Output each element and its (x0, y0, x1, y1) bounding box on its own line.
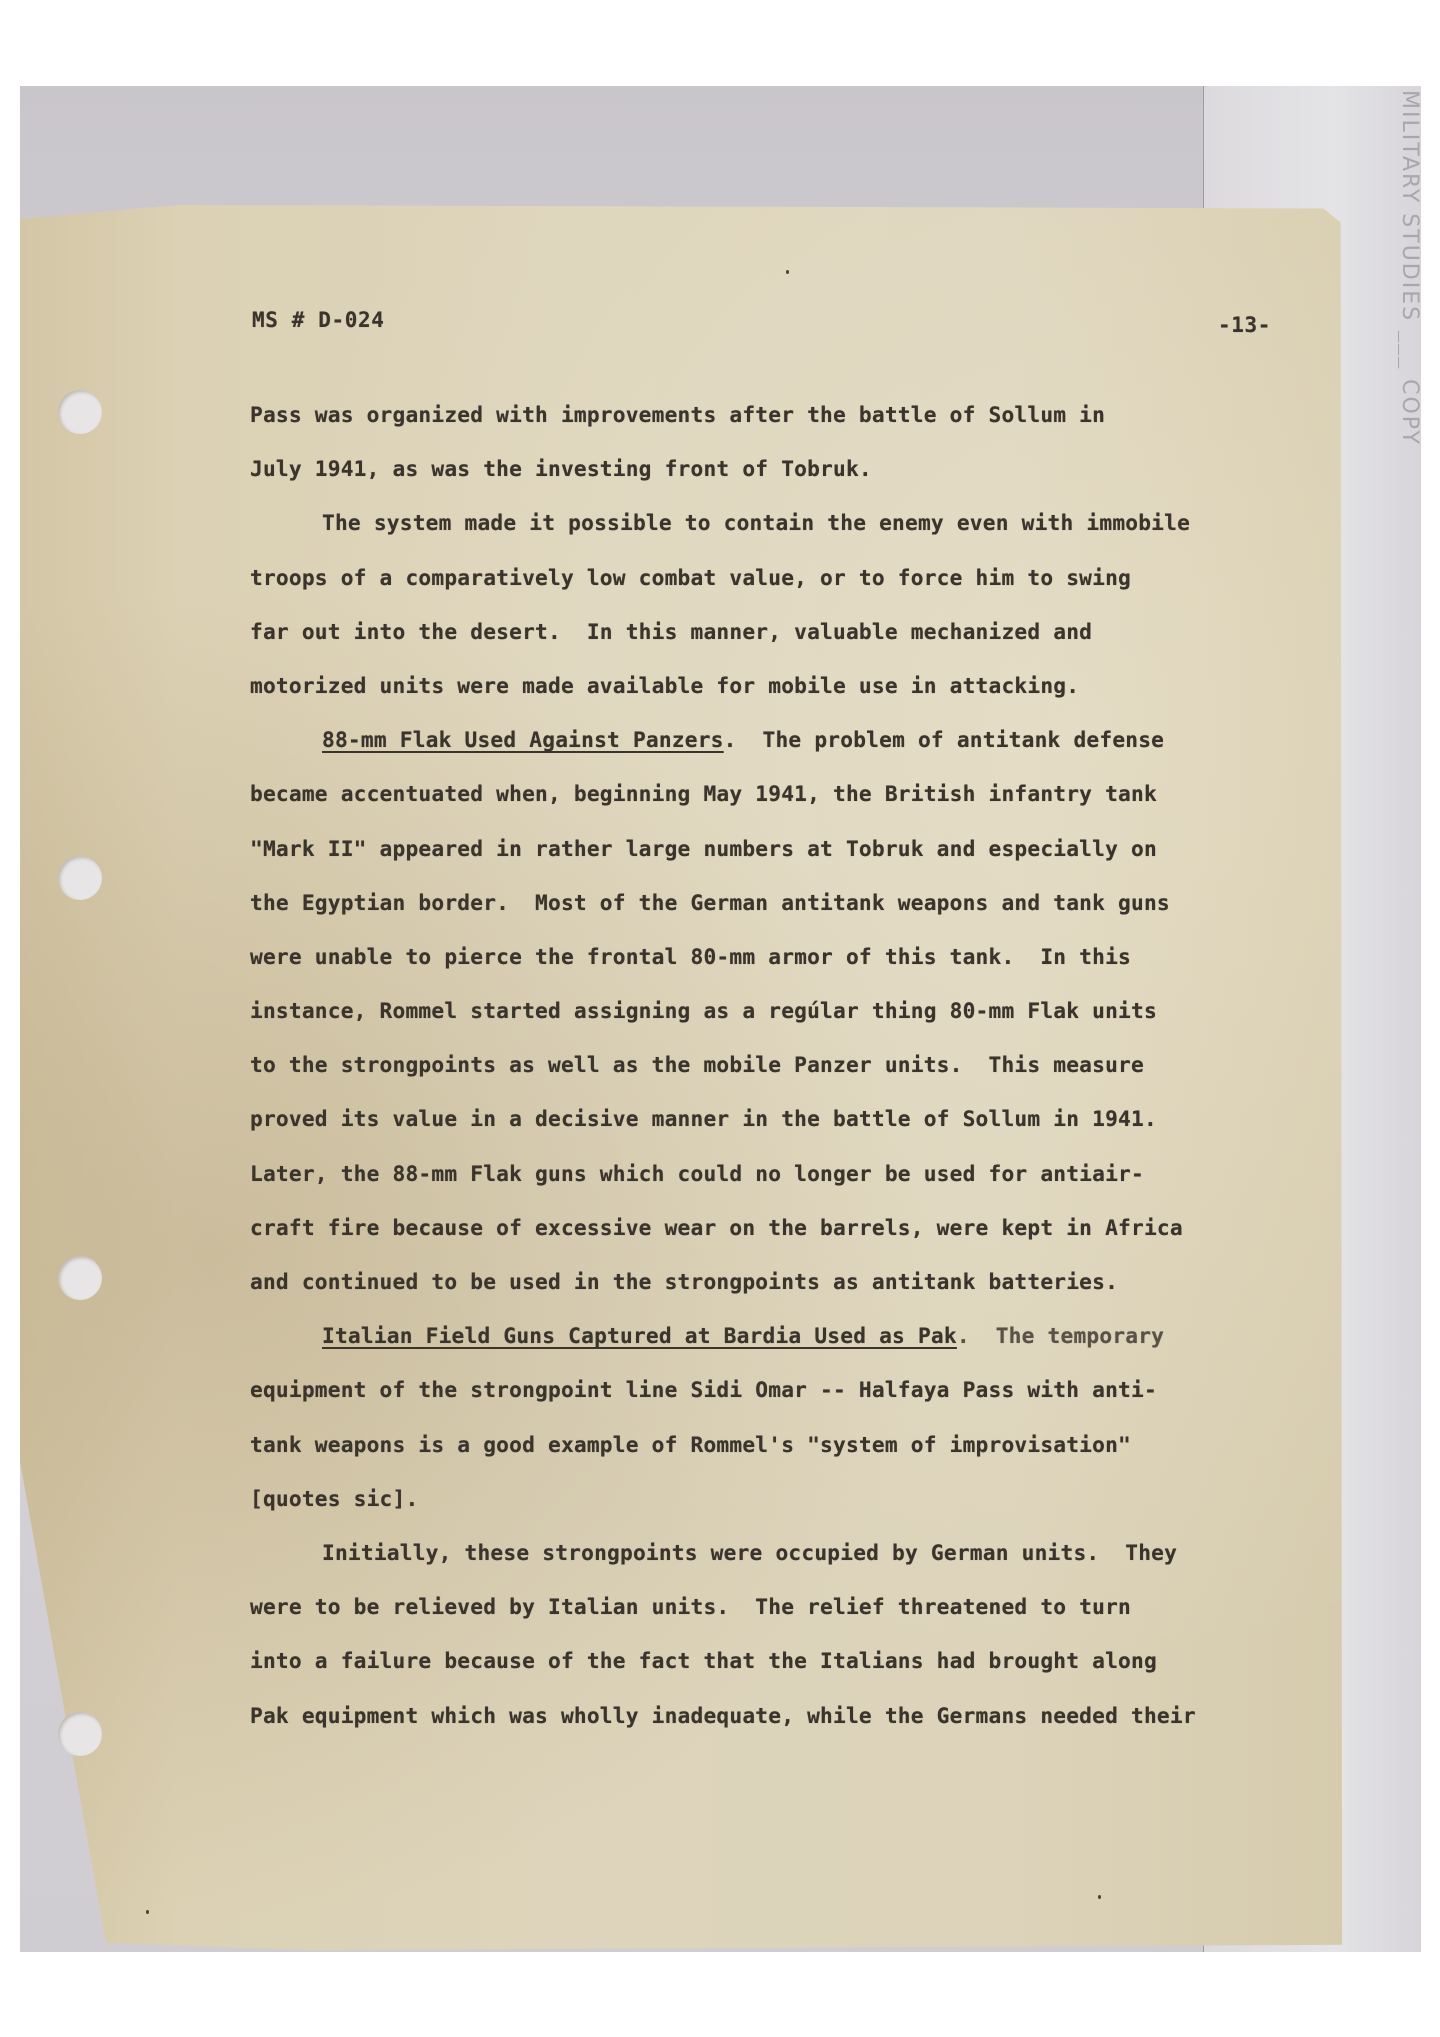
paper-speck (146, 1910, 149, 1914)
punch-hole-2 (58, 856, 102, 900)
text-line: instance, Rommel started assigning as a … (250, 996, 1250, 1050)
text-line: equipment of the strongpoint line Sidi O… (250, 1375, 1250, 1429)
section-first-line: Italian Field Guns Captured at Bardia Us… (250, 1321, 1250, 1375)
text-line: Later, the 88-mm Flak guns which could n… (250, 1159, 1250, 1213)
text-line: craft fire because of excessive wear on … (250, 1213, 1250, 1267)
text-line: far out into the desert. In this manner,… (250, 617, 1250, 671)
section-heading: Italian Field Guns Captured at Bardia Us… (322, 1323, 957, 1348)
text-line: the Egyptian border. Most of the German … (250, 888, 1250, 942)
section-heading: 88-mm Flak Used Against Panzers (322, 727, 724, 752)
page-number: -13- (1218, 313, 1271, 337)
punch-hole-4 (58, 1712, 102, 1756)
punch-hole-3 (58, 1256, 102, 1300)
text-line: The system made it possible to contain t… (250, 508, 1250, 562)
backing-card-label: MILITARY STUDIES ___ COPY (1398, 90, 1422, 690)
text-line: into a failure because of the fact that … (250, 1646, 1250, 1700)
text-line: tank weapons is a good example of Rommel… (250, 1430, 1250, 1484)
document-body: Pass was organized with improvements aft… (250, 400, 1250, 1755)
text-line: "Mark II" appeared in rather large numbe… (250, 834, 1250, 888)
text-line: Initially, these strongpoints were occup… (250, 1538, 1250, 1592)
text-line: were to be relieved by Italian units. Th… (250, 1592, 1250, 1646)
section-first-line-text: . The temporary (957, 1323, 1164, 1348)
text-line: and continued to be used in the strongpo… (250, 1267, 1250, 1321)
text-line: to the strongpoints as well as the mobil… (250, 1050, 1250, 1104)
text-line: [quotes sic]. (250, 1484, 1250, 1538)
text-line: troops of a comparatively low combat val… (250, 563, 1250, 617)
text-line: Pass was organized with improvements aft… (250, 400, 1250, 454)
text-line: motorized units were made available for … (250, 671, 1250, 725)
section-first-line: 88-mm Flak Used Against Panzers. The pro… (250, 725, 1250, 779)
text-line: became accentuated when, beginning May 1… (250, 779, 1250, 833)
paper-speck (1098, 1895, 1101, 1899)
text-line: were unable to pierce the frontal 80-mm … (250, 942, 1250, 996)
text-line: July 1941, as was the investing front of… (250, 454, 1250, 508)
manuscript-id: MS # D-024 (252, 308, 384, 332)
punch-hole-1 (58, 390, 102, 434)
text-line: Pak equipment which was wholly inadequat… (250, 1701, 1250, 1755)
section-first-line-text: . The problem of antitank defense (724, 727, 1165, 752)
paper-speck (786, 270, 789, 274)
text-line: proved its value in a decisive manner in… (250, 1104, 1250, 1158)
